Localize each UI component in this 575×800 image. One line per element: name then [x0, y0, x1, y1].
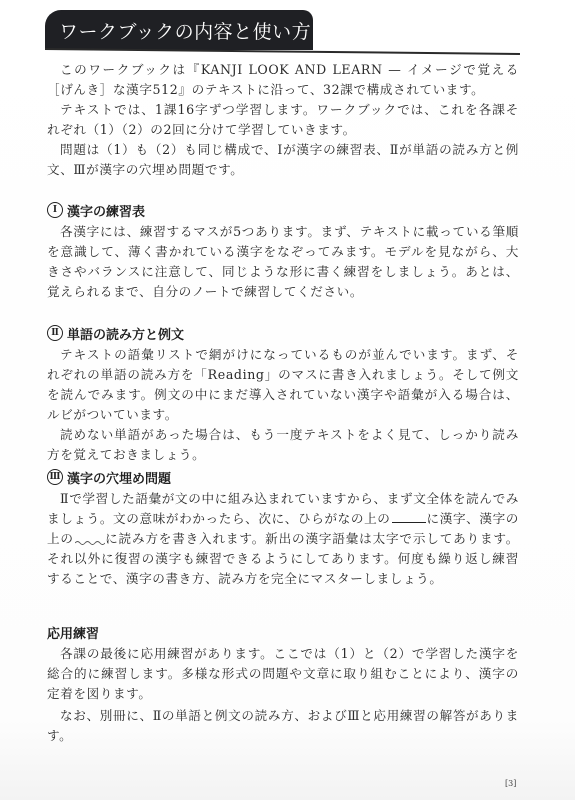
section-kanji-practice-table: Ⅰ 漢字の練習表 各漢字には、練習するマスが5つあります。まず、テキストに載って…: [47, 199, 519, 302]
intro-paragraph-3: 問題は（1）も（2）も同じ構成で、Ⅰが漢字の練習表、Ⅱが単語の読み方と例文、Ⅲが…: [47, 140, 519, 180]
section-title: 漢字の穴埋め問題: [67, 468, 171, 487]
page-number: [3]: [505, 779, 516, 788]
roman-numeral-2-icon: Ⅱ: [47, 325, 63, 341]
section-paragraph: 各漢字には、練習するマスが5つあります。まず、テキストに載っている筆順を意識して…: [47, 222, 519, 302]
section-paragraph-1: テキストの語彙リストで網がけになっているものが並んでいます。まず、それぞれの単語…: [47, 345, 519, 425]
text-after-wavy: に読み方を書き入れます。新出の漢字語彙は太字で示してあります。それ以外に復習の漢…: [47, 531, 519, 586]
section-heading: Ⅱ 単語の読み方と例文: [47, 322, 519, 344]
section-word-reading-examples: Ⅱ 単語の読み方と例文 テキストの語彙リストで網がけになっているものが並んでいま…: [47, 322, 519, 465]
section-paragraph-2: 読めない単語があった場合は、もう一度テキストをよく見て、しっかり読み方を覚えてお…: [47, 425, 519, 465]
underline-blank-sample: [392, 510, 426, 523]
answer-key-note: なお、別冊に、Ⅱの単語と例文の読み方、およびⅢと応用練習の解答があります。: [47, 706, 519, 746]
note-paragraph: なお、別冊に、Ⅱの単語と例文の読み方、およびⅢと応用練習の解答があります。: [47, 706, 519, 746]
title-banner: ワークブックの内容と使い方: [45, 10, 313, 50]
section-title: 応用練習: [47, 623, 99, 642]
section-paragraph: 各課の最後に応用練習があります。ここでは（1）と（2）で学習した漢字を総合的に練…: [47, 644, 519, 704]
workbook-page: ワークブックの内容と使い方 このワークブックは『KANJI LOOK AND L…: [0, 0, 575, 800]
section-heading: Ⅰ 漢字の練習表: [47, 199, 519, 221]
page-title: ワークブックの内容と使い方: [59, 17, 311, 44]
section-paragraph: Ⅱで学習した語彙が文の中に組み込まれていますから、まず文全体を読んでみましょう。…: [47, 489, 519, 589]
intro-paragraph-2: テキストでは、1課16字ずつ学習します。ワークブックでは、これを各課それぞれ（1…: [47, 100, 519, 140]
section-applied-practice: 応用練習 各課の最後に応用練習があります。ここでは（1）と（2）で学習した漢字を…: [47, 621, 519, 704]
section-heading: 応用練習: [47, 621, 519, 643]
section-title: 漢字の練習表: [67, 201, 145, 220]
roman-numeral-3-icon: Ⅲ: [47, 469, 63, 485]
section-title: 単語の読み方と例文: [67, 324, 184, 343]
section-heading: Ⅲ 漢字の穴埋め問題: [47, 466, 519, 488]
section-kanji-fill-in: Ⅲ 漢字の穴埋め問題 Ⅱで学習した語彙が文の中に組み込まれていますから、まず文全…: [47, 466, 519, 589]
intro-section: このワークブックは『KANJI LOOK AND LEARN — イメージで覚え…: [47, 60, 519, 180]
intro-paragraph-1: このワークブックは『KANJI LOOK AND LEARN — イメージで覚え…: [47, 60, 519, 100]
wavy-line-sample-icon: [75, 531, 105, 543]
roman-numeral-1-icon: Ⅰ: [47, 202, 63, 218]
